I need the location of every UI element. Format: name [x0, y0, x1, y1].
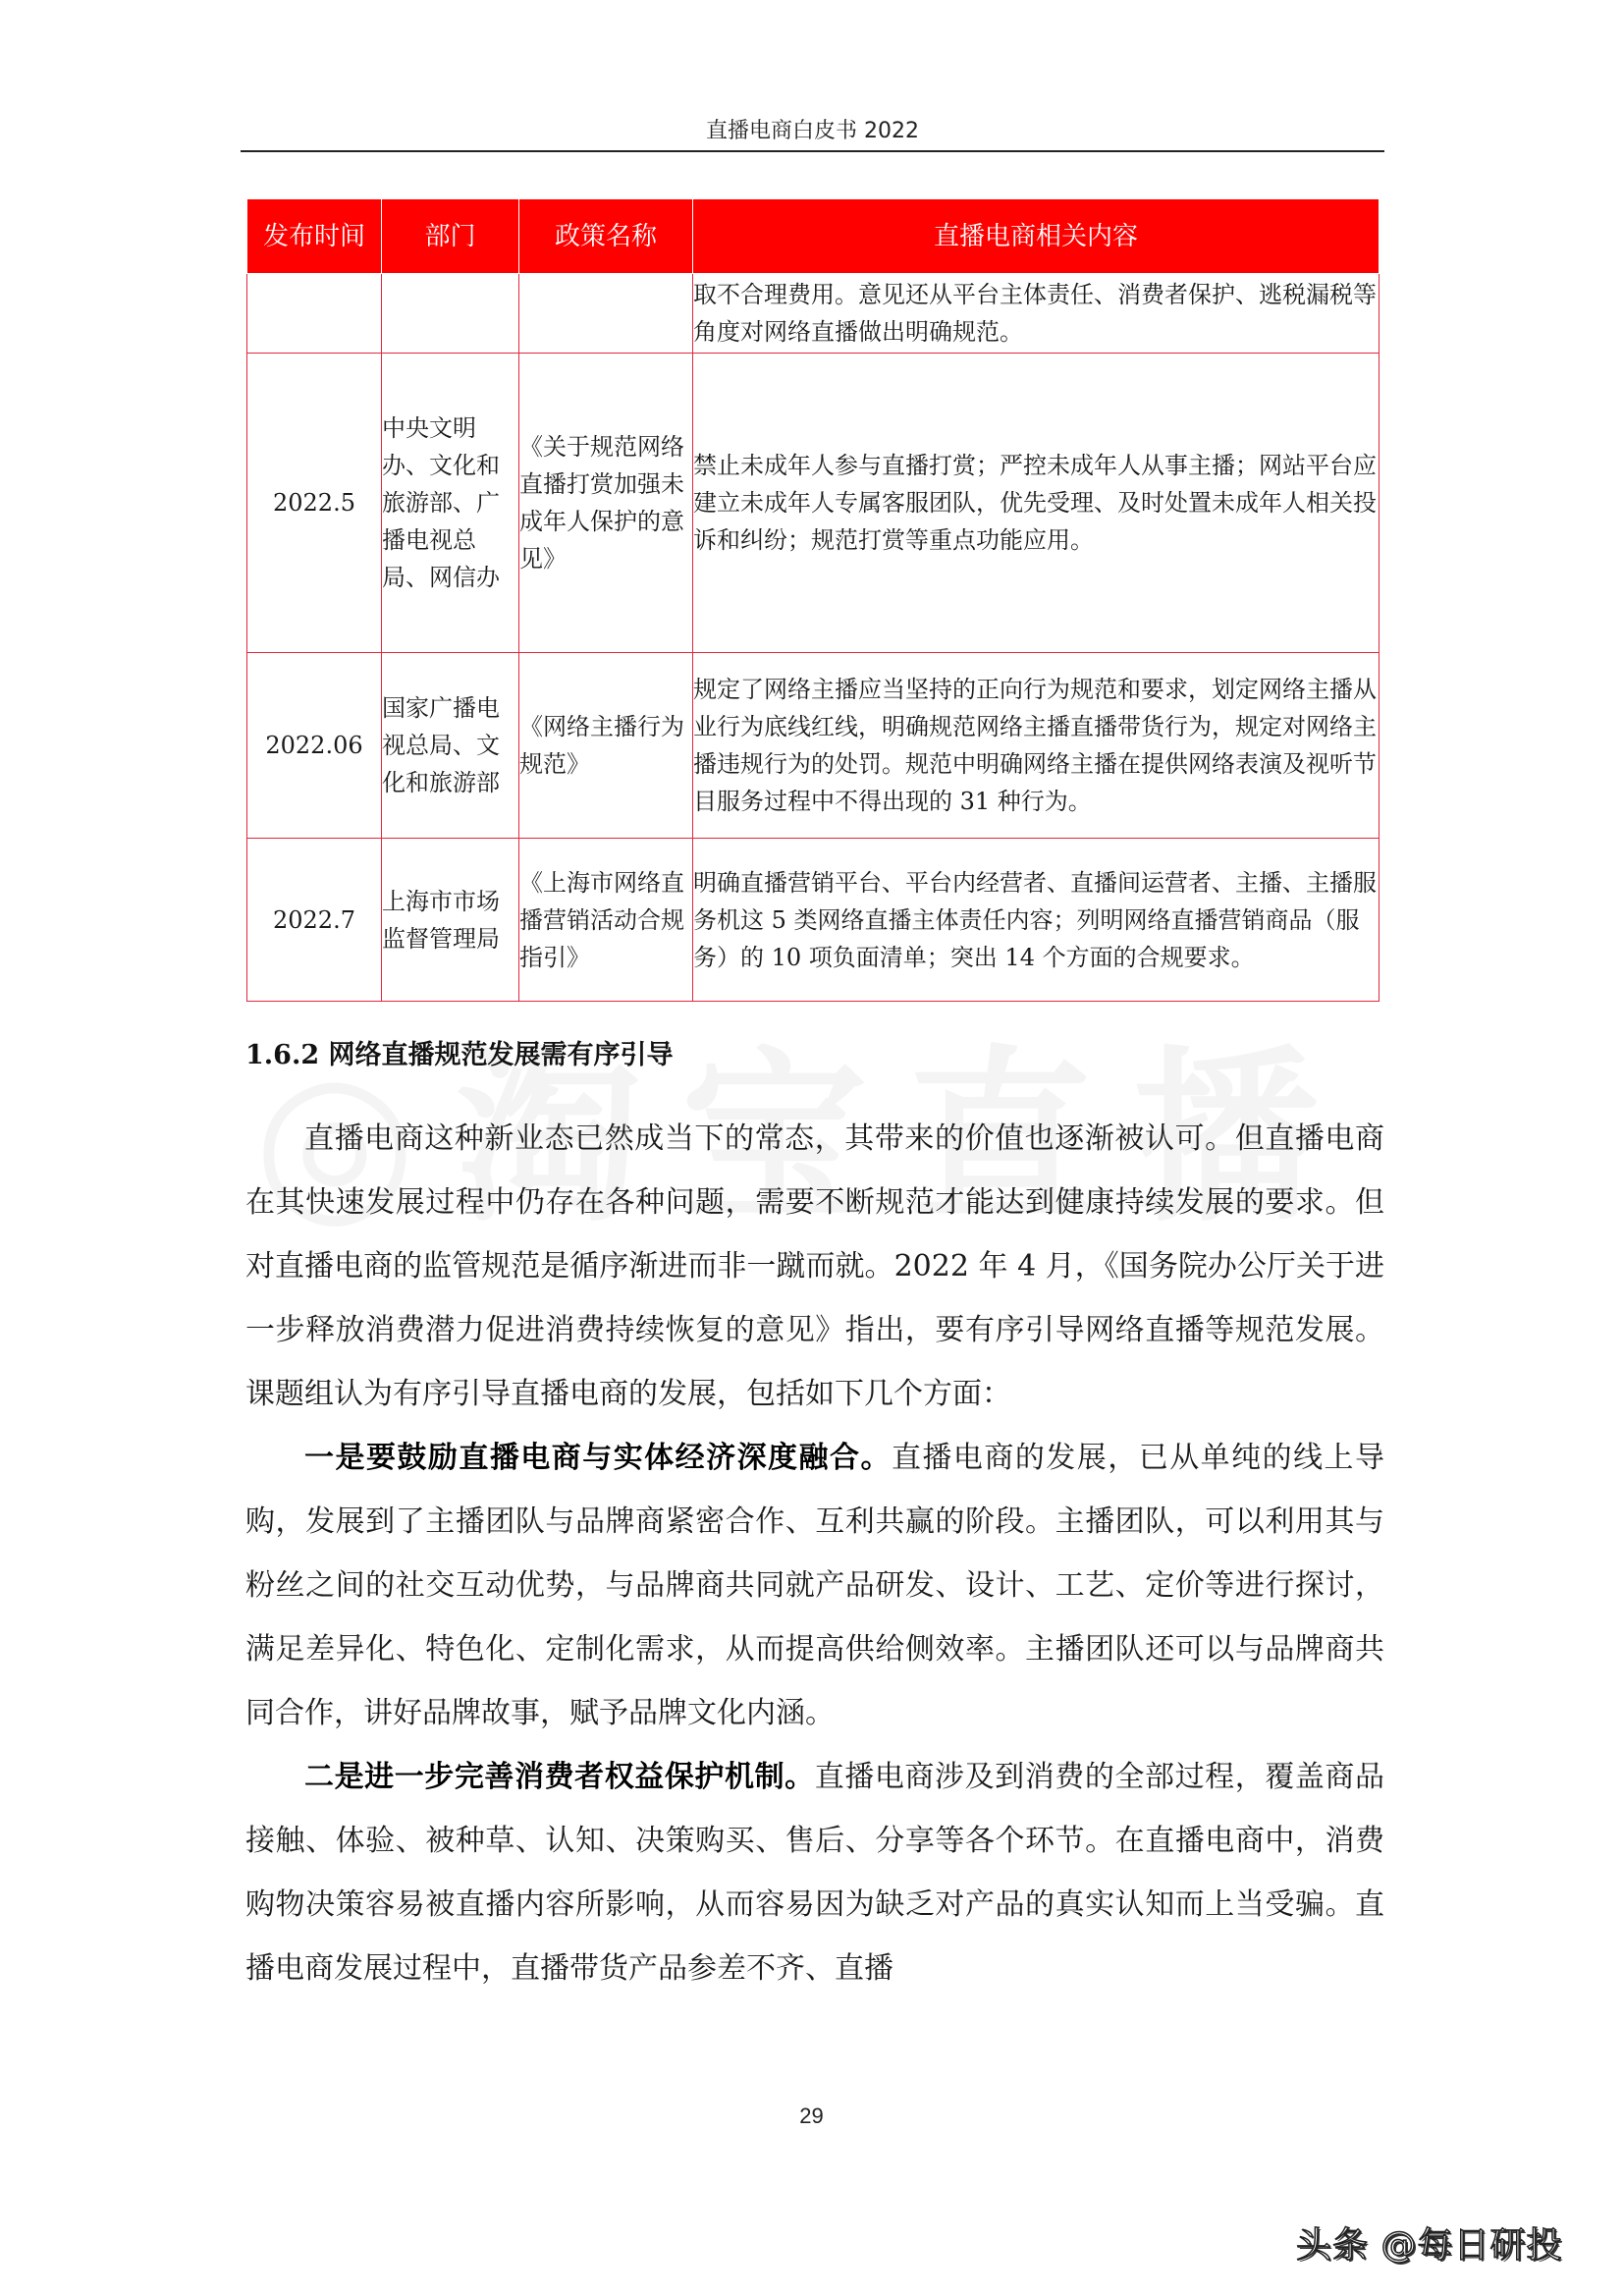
- cell-department: 上海市市场监督管理局: [382, 839, 519, 1002]
- cell-date: 2022.06: [247, 653, 382, 839]
- cell-policy-name: 《关于规范网络直播打赏加强未成年人保护的意见》: [519, 354, 693, 653]
- column-header-department: 部门: [382, 199, 519, 274]
- paragraph-text: 直播电商这种新业态已然成当下的常态，其带来的价值也逐渐被认可。但直播电商在其快速…: [245, 1121, 1384, 1411]
- cell-policy-name: [519, 274, 693, 354]
- running-header: 直播电商白皮书 2022: [241, 114, 1384, 144]
- column-header-policy-name: 政策名称: [519, 199, 693, 274]
- cell-date: 2022.7: [247, 839, 382, 1002]
- paragraph: 直播电商这种新业态已然成当下的常态，其带来的价值也逐渐被认可。但直播电商在其快速…: [245, 1107, 1384, 1426]
- header-divider: [241, 150, 1384, 152]
- paragraph: 一是要鼓励直播电商与实体经济深度融合。直播电商的发展，已从单纯的线上导购，发展到…: [245, 1426, 1384, 1745]
- source-credit-watermark: 头条 @每日研投: [1296, 2217, 1562, 2268]
- body-text: 直播电商这种新业态已然成当下的常态，其带来的价值也逐渐被认可。但直播电商在其快速…: [245, 1107, 1384, 2000]
- policy-table: 发布时间 部门 政策名称 直播电商相关内容 取不合理费用。意见还从平台主体责任、…: [246, 198, 1380, 1002]
- column-header-content: 直播电商相关内容: [693, 199, 1380, 274]
- cell-content: 明确直播营销平台、平台内经营者、直播间运营者、主播、主播服务机这 5 类网络直播…: [693, 839, 1380, 1002]
- table-row: 2022.7 上海市市场监督管理局 《上海市网络直播营销活动合规指引》 明确直播…: [247, 839, 1380, 1002]
- paragraph-lead: 一是要鼓励直播电商与实体经济深度融合。: [304, 1441, 892, 1475]
- cell-date: 2022.5: [247, 354, 382, 653]
- table-header-row: 发布时间 部门 政策名称 直播电商相关内容: [247, 199, 1380, 274]
- table-row: 2022.5 中央文明办、文化和旅游部、广播电视总局、网信办 《关于规范网络直播…: [247, 354, 1380, 653]
- table-row: 取不合理费用。意见还从平台主体责任、消费者保护、逃税漏税等角度对网络直播做出明确…: [247, 274, 1380, 354]
- cell-department: [382, 274, 519, 354]
- cell-policy-name: 《上海市网络直播营销活动合规指引》: [519, 839, 693, 1002]
- table-row: 2022.06 国家广播电视总局、文化和旅游部 《网络主播行为规范》 规定了网络…: [247, 653, 1380, 839]
- cell-department: 国家广播电视总局、文化和旅游部: [382, 653, 519, 839]
- cell-date: [247, 274, 382, 354]
- paragraph: 二是进一步完善消费者权益保护机制。直播电商涉及到消费的全部过程，覆盖商品接触、体…: [245, 1745, 1384, 2000]
- cell-content: 禁止未成年人参与直播打赏；严控未成年人从事主播；网站平台应建立未成年人专属客服团…: [693, 354, 1380, 653]
- section-heading: 1.6.2 网络直播规范发展需有序引导: [245, 1033, 674, 1071]
- cell-content: 取不合理费用。意见还从平台主体责任、消费者保护、逃税漏税等角度对网络直播做出明确…: [693, 274, 1380, 354]
- column-header-date: 发布时间: [247, 199, 382, 274]
- cell-department: 中央文明办、文化和旅游部、广播电视总局、网信办: [382, 354, 519, 653]
- paragraph-lead: 二是进一步完善消费者权益保护机制。: [304, 1760, 815, 1794]
- cell-content: 规定了网络主播应当坚持的正向行为规范和要求，划定网络主播从业行为底线红线，明确规…: [693, 653, 1380, 839]
- paragraph-text: 直播电商的发展，已从单纯的线上导购，发展到了主播团队与品牌商紧密合作、互利共赢的…: [245, 1441, 1384, 1730]
- page-number: 29: [0, 2104, 1623, 2129]
- cell-policy-name: 《网络主播行为规范》: [519, 653, 693, 839]
